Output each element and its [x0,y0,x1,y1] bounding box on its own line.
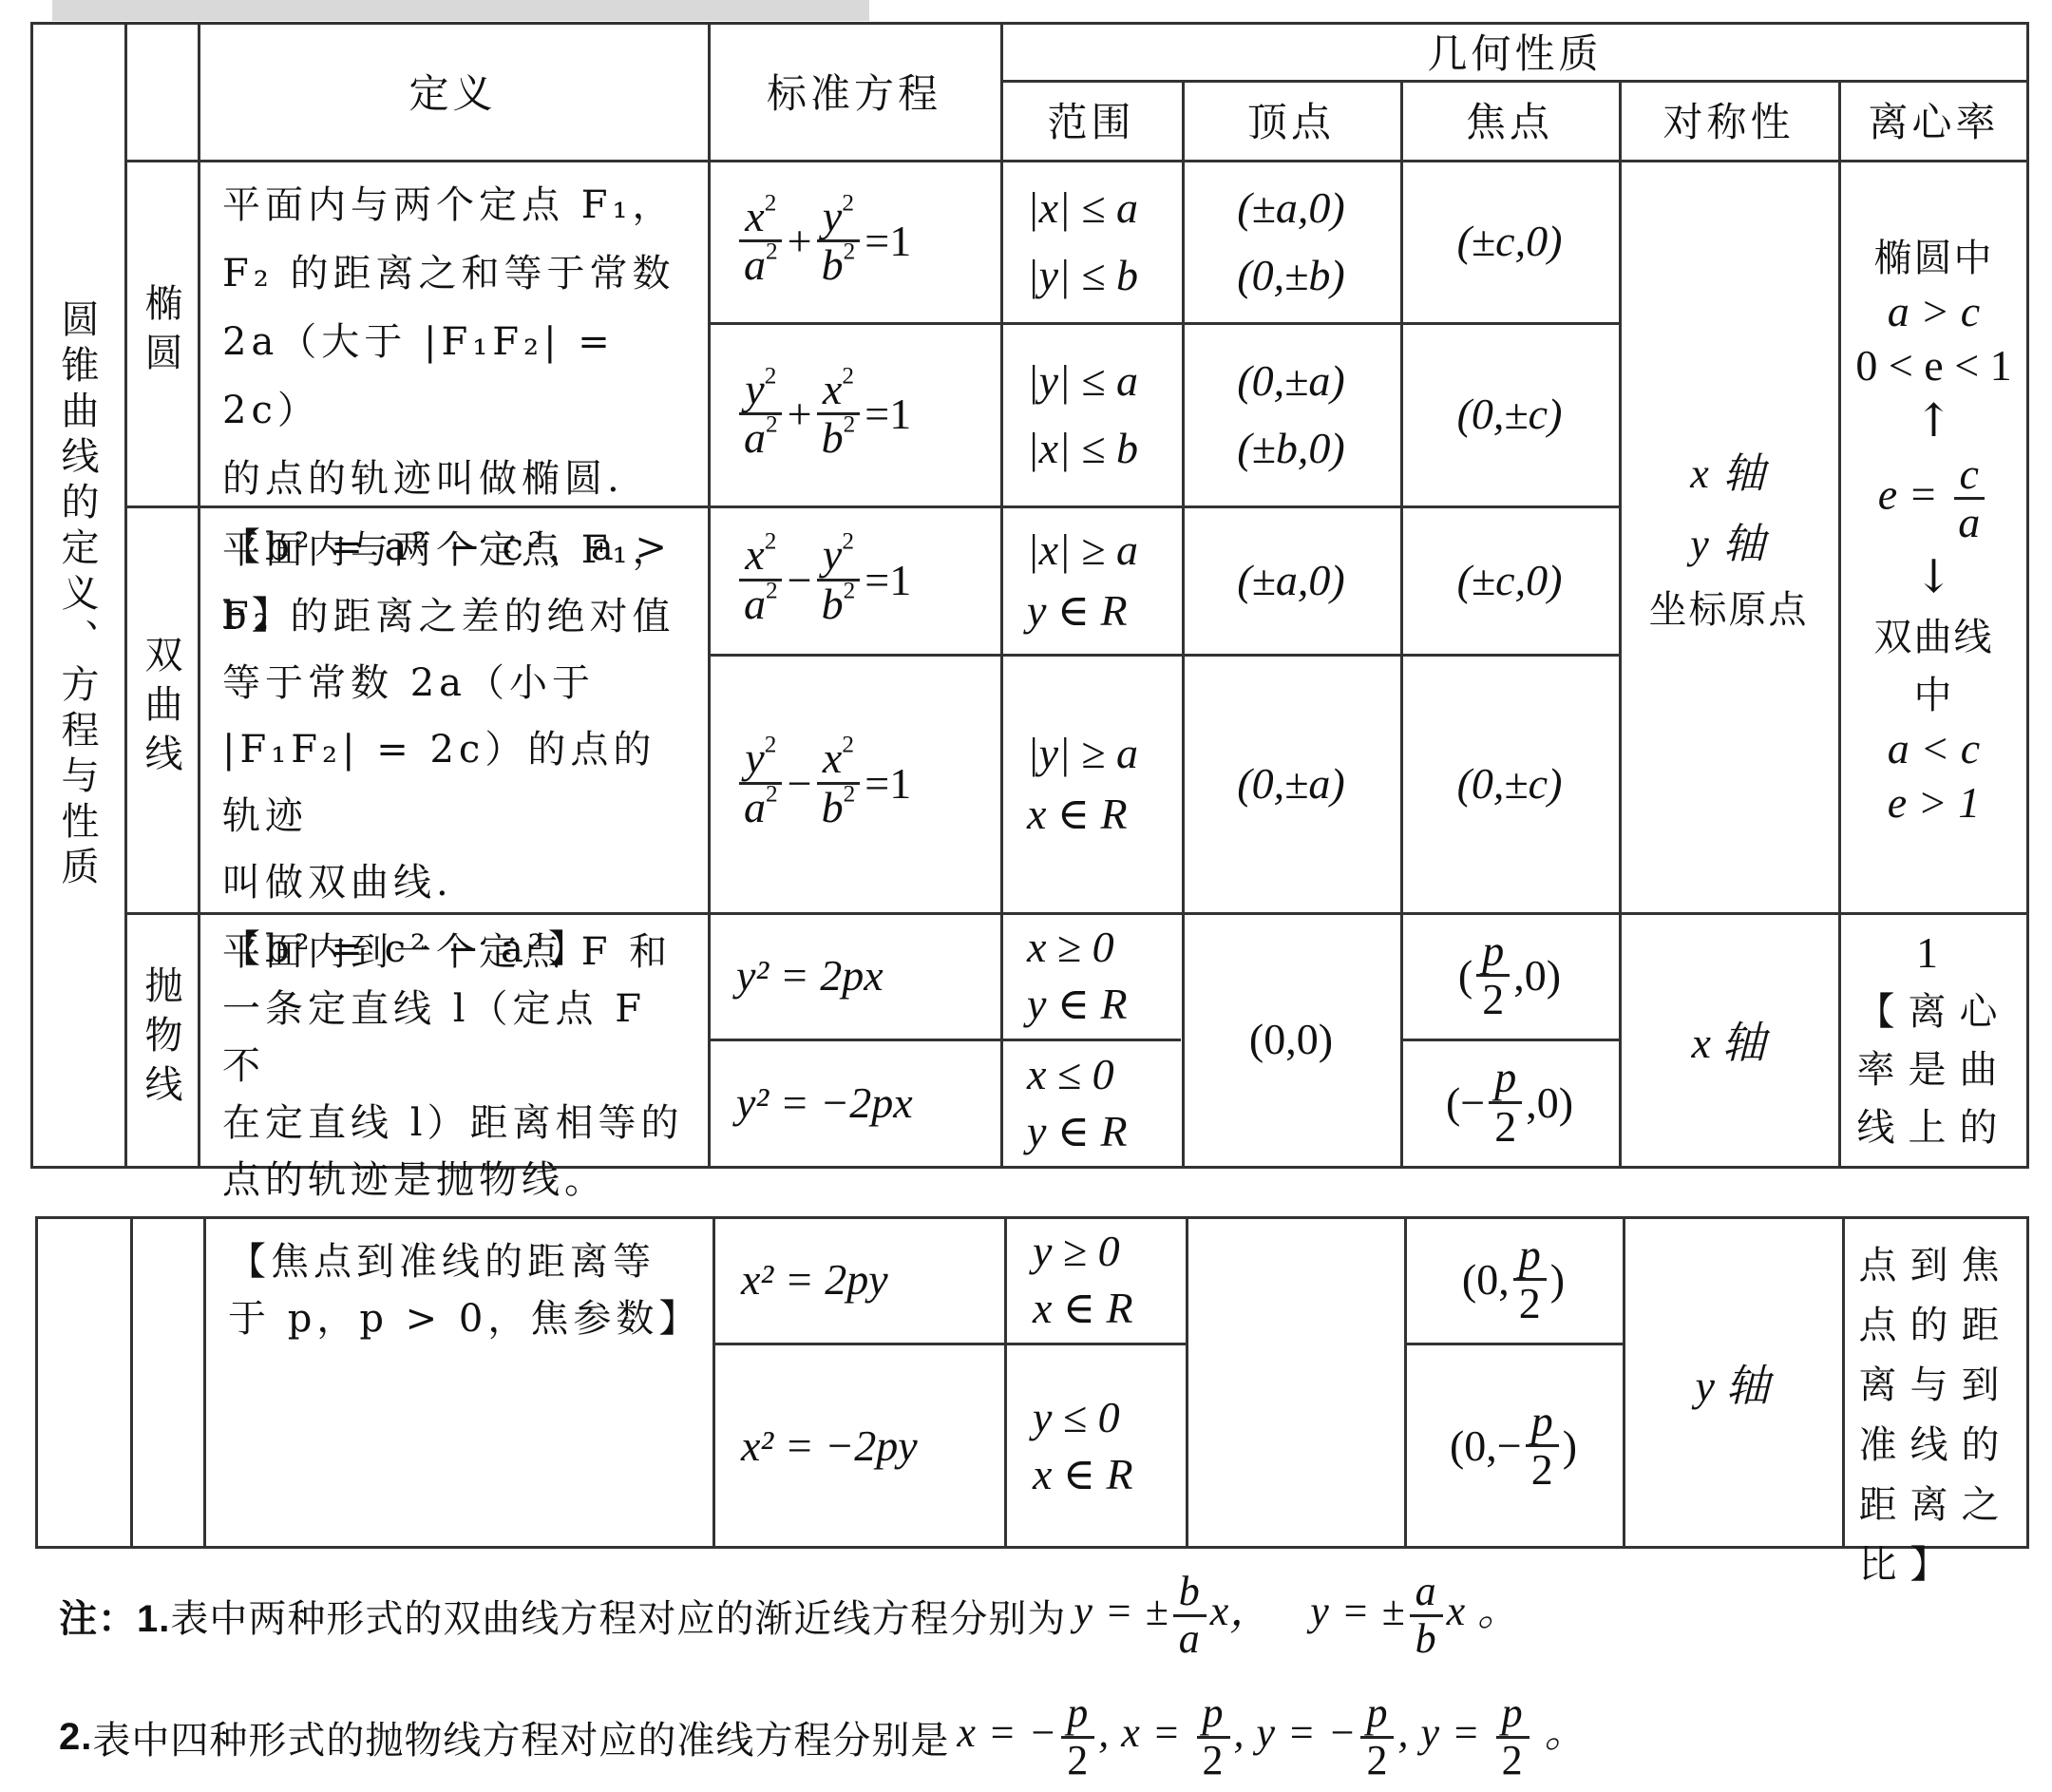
equation-hyperbola-y: y2a2−x2b2=1 y²/a² − x²/b² = 1 [708,654,1000,912]
definition-line: F₂ 的距离之和等于常数 [222,239,691,308]
definition-line: |F₁F₂| = 2c）的点的轨迹 [222,716,691,849]
definition-line: 平面内与两个定点 F₁， [222,171,691,239]
vertex-line: (0,±a) [1237,355,1344,406]
asymptote-formula-1: y = ±bax， [1073,1570,1272,1660]
equation-ellipse-y: y2a2+x2b2=1 y²/a² + x²/b² = 1 [708,322,1000,505]
arrow-down-icon: ↓ [1914,550,1952,603]
definition-hyperbola: 平面内与两个定点 F₁， F₂ 的距离之差的绝对值 等于常数 2a（小于 |F₁… [198,505,708,912]
range-line: |y| ≤ b [1027,250,1138,300]
definition-parabola: 平面内到一个定点 F 和 一条定直线 l（定点 F 不 在定直线 l）距离相等的… [198,912,708,1166]
symmetry-parabola-x: x 轴 [1619,912,1838,1166]
definition-line: 等于常数 2a（小于 [222,650,691,716]
equation-parabola-left: y² = −2px [708,1039,1000,1166]
vertex-line: (±b,0) [1237,423,1344,473]
range-hyperbola-y: |y| ≥ a x ∈ R [1000,654,1182,912]
vertex-ellipse-x: (±a,0) (0,±b) [1182,160,1400,322]
directrix-formulas: x = −p2, x = p2, y = −p2, y = p2 。 [957,1691,1586,1782]
eccentricity-parabola-part2: 点到焦 点的距 离与到 准线的 距离之 比】 [1842,1216,2029,1587]
header-bar [52,0,869,21]
note-asymptotes: 注：1. 表中两种形式的双曲线方程对应的渐近线方程分别为 y = ±bax， y… [59,1558,1520,1672]
range-parabola-right: x ≥ 0 y ∈ R [1000,912,1182,1039]
symmetry-line: x 轴 [1690,439,1767,500]
focus-hyperbola-y: (0,±c) [1400,654,1619,912]
definition-line: 2a（大于 |F₁F₂| = 2c） [222,308,691,445]
range-line: |x| ≤ b [1027,423,1138,473]
symmetry-line: 坐标原点 [1649,580,1809,634]
note-directrices: 2. 表中四种形式的抛物线方程对应的准线方程分别是 x = −p2, x = p… [59,1682,1587,1792]
focus-ellipse-y: (0,±c) [1400,322,1619,505]
definition-line: 一条定直线 l（定点 F 不 [222,981,691,1095]
range-parabola-left: x ≤ 0 y ∈ R [1000,1039,1182,1166]
eccentricity-ellipse-hyperbola: 椭圆中 a > c 0 < e < 1 ↑ e = ca e = c/a ↓ 双… [1838,160,2029,912]
grid-line [1186,1216,1188,1549]
focus-parabola-right: (p2,0) (p/2, 0) [1400,912,1619,1039]
range-parabola-up: y ≥ 0 x ∈ R [1004,1216,1186,1343]
symmetry-parabola-y: y 轴 [1623,1216,1842,1549]
focus-ellipse-x: (±c,0) [1400,160,1619,322]
header-focus: 焦点 [1400,80,1619,160]
symmetry-line: y 轴 [1690,509,1767,570]
eccentricity-formula: e = ca e = c/a [1878,451,1989,546]
range-line: |x| ≤ a [1027,182,1138,233]
definition-line: 平面内到一个定点 F 和 [222,924,691,981]
definition-line: F₂ 的距离之差的绝对值 [222,583,691,650]
header-range: 范围 [1000,80,1182,160]
vertex-ellipse-y: (0,±a) (±b,0) [1182,322,1400,505]
arrow-up-icon: ↑ [1914,394,1952,448]
definition-line: 平面内与两个定点 F₁， [222,517,691,583]
range-line: |y| ≥ a [1027,728,1138,778]
header-vertex: 顶点 [1182,80,1400,160]
equation-parabola-right: y² = 2px [708,912,1000,1039]
focus-parabola-left: (−p2,0) (−p/2, 0) [1400,1039,1619,1166]
definition-line: 的点的轨迹叫做椭圆. [222,445,691,513]
equation-hyperbola-x: x2a2−y2b2=1 x²/a² − y²/b² = 1 [708,505,1000,654]
header-eccentricity: 离心率 [1838,80,2029,160]
range-line: x ∈ R [1027,788,1128,839]
curve-label-ellipse: 椭圆 [124,160,198,505]
definition-line: 叫做双曲线. [222,849,691,916]
definition-parabola-continued: 【焦点到准线的距离等 于 p，p > 0，焦参数】 [203,1216,712,1549]
vertex-hyperbola-y: (0,±a) [1182,654,1400,912]
vertex-parabola-x: (0,0) [1182,912,1400,1166]
focus-hyperbola-x: (±c,0) [1400,505,1619,654]
header-definition: 定义 [198,22,708,160]
range-line: |x| ≥ a [1027,524,1138,575]
equation-parabola-up: x² = 2py [712,1216,1004,1343]
definition-ellipse: 平面内与两个定点 F₁， F₂ 的距离之和等于常数 2a（大于 |F₁F₂| =… [198,160,708,505]
asymptote-formula-2: y = ±abx 。 [1310,1570,1520,1660]
range-line: y ∈ R [1027,584,1128,636]
definition-line: 在定直线 l）距离相等的 [222,1095,691,1152]
vertex-line: (0,±b) [1237,250,1344,300]
vertex-hyperbola-x: (±a,0) [1182,505,1400,654]
focus-parabola-up: (0,p2) (0, p/2) [1404,1216,1623,1343]
symmetry-ellipse-hyperbola: x 轴 y 轴 坐标原点 [1619,160,1838,912]
range-ellipse-y: |y| ≤ a |x| ≤ b [1000,322,1182,505]
equation-parabola-down: x² = −2py [712,1343,1004,1549]
eccentricity-parabola-part1: 1 【离心 率是曲 线上的 [1838,912,2029,1166]
header-geometric-properties: 几何性质 [1000,22,2029,80]
grid-line [130,1216,133,1549]
header-standard-equation: 标准方程 [708,22,1000,160]
curve-label-hyperbola: 双曲线 [124,505,198,912]
range-hyperbola-x: |x| ≥ a y ∈ R [1000,505,1182,654]
range-line: |y| ≤ a [1027,355,1138,406]
row-group-label: 圆锥曲线的定义、方程与性质 [30,22,124,1169]
header-symmetry: 对称性 [1619,80,1838,160]
vertex-line: (±a,0) [1237,182,1344,233]
equation-ellipse-x: x2a2+y2b2=1 x²/a² + y²/b² = 1 [708,160,1000,322]
range-ellipse-x: |x| ≤ a |y| ≤ b [1000,160,1182,322]
definition-line: 点的轨迹是抛物线。 [222,1152,691,1209]
curve-label-parabola: 抛物线 [124,912,198,1166]
focus-parabola-down: (0,−p2) (0, −p/2) [1404,1343,1623,1549]
row-group-label-text: 圆锥曲线的定义、方程与性质 [50,299,104,892]
range-parabola-down: y ≤ 0 x ∈ R [1004,1343,1186,1549]
